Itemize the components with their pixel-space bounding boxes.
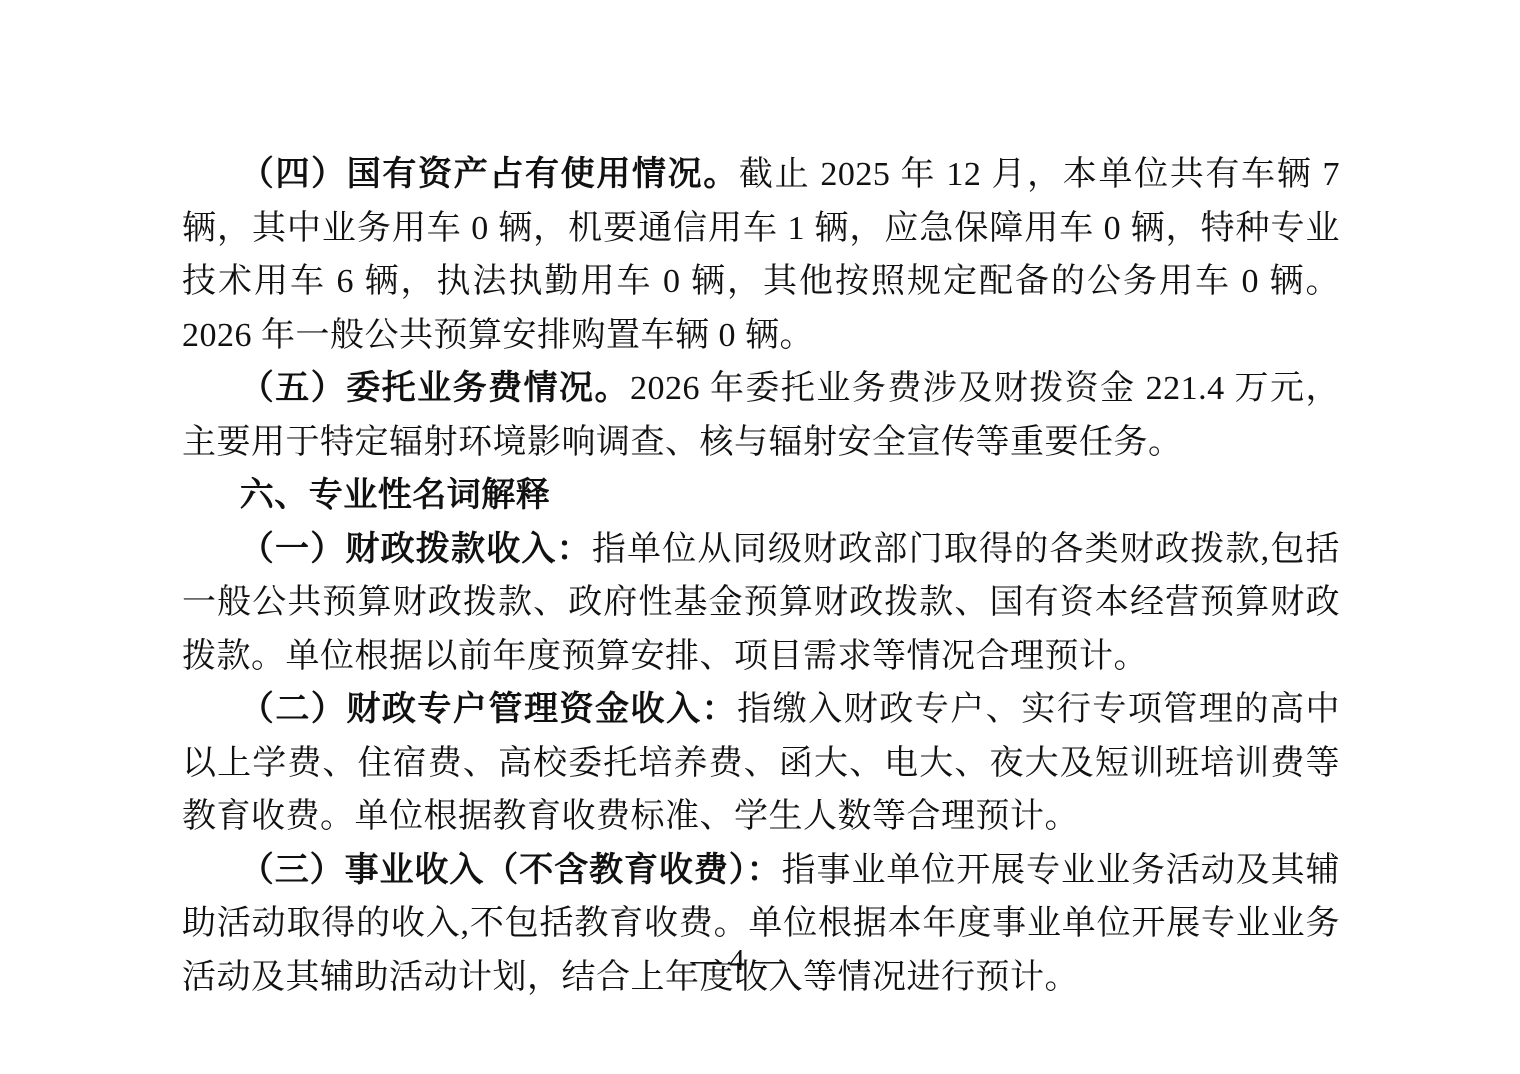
page-number: — 4 — [182,940,1292,980]
definition-lead: （一）财政拨款收入： [240,531,592,568]
section-heading-terminology: 六、专业性名词解释 [182,469,1340,523]
document-page: （四）国有资产占有使用情况。截止 2025 年 12 月，本单位共有车辆 7 辆… [0,0,1520,1074]
definition-fiscal-appropriation-income: （一）财政拨款收入：指单位从同级财政部门取得的各类财政拨款,包括一般公共预算财政… [182,523,1340,684]
paragraph-lead: （四）国有资产占有使用情况。 [240,156,739,193]
document-body: （四）国有资产占有使用情况。截止 2025 年 12 月，本单位共有车辆 7 辆… [182,148,1340,1004]
paragraph-entrusted-business-fee: （五）委托业务费情况。2026 年委托业务费涉及财拨资金 221.4 万元，主要… [182,362,1340,469]
definition-fiscal-special-account-income: （二）财政专户管理资金收入：指缴入财政专户、实行专项管理的高中以上学费、住宿费、… [182,683,1340,844]
definition-lead: （三）事业收入（不含教育收费）： [240,852,782,889]
paragraph-state-asset-usage: （四）国有资产占有使用情况。截止 2025 年 12 月，本单位共有车辆 7 辆… [182,148,1340,362]
definition-lead: （二）财政专户管理资金收入： [240,691,737,728]
paragraph-lead: （五）委托业务费情况。 [240,370,630,407]
